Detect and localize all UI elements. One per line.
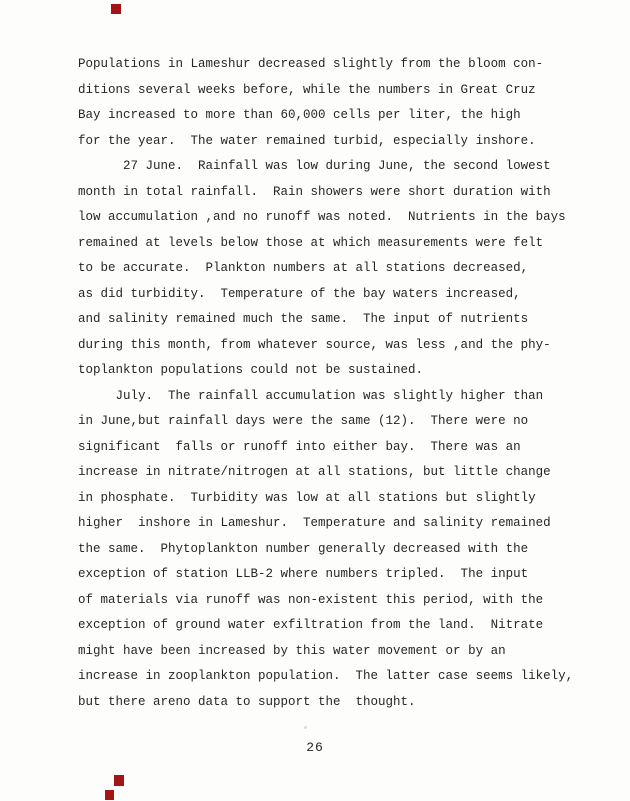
text-line: significant falls or runoff into either … — [78, 435, 588, 461]
page-number: 26 — [0, 740, 630, 755]
red-registration-mark-bottom-2 — [105, 790, 114, 800]
text-line: exception of ground water exfiltration f… — [78, 613, 588, 639]
text-line: ditions several weeks before, while the … — [78, 78, 588, 104]
text-line: the same. Phytoplankton number generally… — [78, 537, 588, 563]
text-line: low accumulation ,and no runoff was note… — [78, 205, 588, 231]
text-line: increase in nitrate/nitrogen at all stat… — [78, 460, 588, 486]
text-line: might have been increased by this water … — [78, 639, 588, 665]
scan-speck — [304, 726, 307, 729]
text-line: for the year. The water remained turbid,… — [78, 129, 588, 155]
text-line: July. The rainfall accumulation was slig… — [78, 384, 588, 410]
text-line: higher inshore in Lameshur. Temperature … — [78, 511, 588, 537]
document-page: Populations in Lameshur decreased slight… — [0, 0, 630, 801]
text-line: to be accurate. Plankton numbers at all … — [78, 256, 588, 282]
text-line: in June,but rainfall days were the same … — [78, 409, 588, 435]
text-line: exception of station LLB-2 where numbers… — [78, 562, 588, 588]
text-line: in phosphate. Turbidity was low at all s… — [78, 486, 588, 512]
text-line: during this month, from whatever source,… — [78, 333, 588, 359]
text-line: Populations in Lameshur decreased slight… — [78, 52, 588, 78]
text-line: 27 June. Rainfall was low during June, t… — [78, 154, 588, 180]
text-line: and salinity remained much the same. The… — [78, 307, 588, 333]
body-text: Populations in Lameshur decreased slight… — [78, 52, 588, 715]
text-line: but there areno data to support the thou… — [78, 690, 588, 716]
text-line: remained at levels below those at which … — [78, 231, 588, 257]
red-registration-mark-bottom-1 — [114, 775, 124, 786]
text-line: increase in zooplankton population. The … — [78, 664, 588, 690]
text-line: Bay increased to more than 60,000 cells … — [78, 103, 588, 129]
red-registration-mark-top — [111, 4, 121, 14]
text-line: of materials via runoff was non-existent… — [78, 588, 588, 614]
text-line: as did turbidity. Temperature of the bay… — [78, 282, 588, 308]
text-line: toplankton populations could not be sust… — [78, 358, 588, 384]
text-line: month in total rainfall. Rain showers we… — [78, 180, 588, 206]
